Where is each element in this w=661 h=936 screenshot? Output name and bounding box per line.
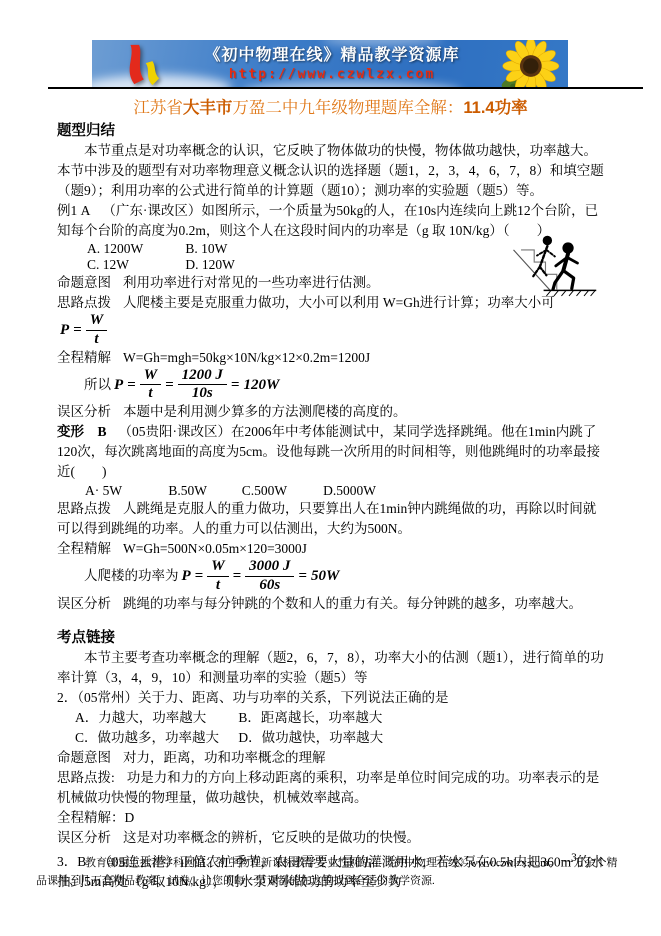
pitfall-label: 误区分析 (57, 596, 111, 611)
fraction-1200J-over-10s: 1200 J10s (178, 368, 227, 403)
math-numerator: 1200 J (178, 368, 227, 386)
math-t: t (216, 577, 220, 594)
footer-note: 教育部重点推荐学科网站、初中物理新课标教学专业性网站---《初中物理在线》www… (36, 854, 628, 890)
runner-solid-figure (553, 242, 577, 289)
option-b: B.50W (168, 482, 238, 499)
math-denominator: 60s (259, 577, 280, 594)
pitfall-label: 误区分析 (57, 404, 111, 419)
math-P: P (114, 375, 123, 395)
hint-text: 功是力和力的方向上移动距离的乘积，功率是单位时间完成的功。功率表示的是机械做功快… (57, 770, 599, 805)
fraction-W-over-t: Wt (86, 313, 107, 348)
math-equals: = (233, 566, 242, 586)
option-a: A· 5W (85, 482, 165, 499)
math-t: t (148, 385, 152, 402)
solution-label: 全程精解 (57, 541, 111, 556)
intent-text: 利用功率进行对常见的一些功率进行估测。 (123, 275, 380, 290)
math-equals: = (231, 375, 240, 395)
site-url-link[interactable]: http://www.czwlzx.com (182, 67, 482, 82)
variant-question: 变形 B（05贵阳·课改区）在2006年中考体能测试中，某同学选择跳绳。他在1m… (57, 422, 606, 482)
title-part-bold: 11.4功率 (463, 99, 527, 117)
section-spacer (57, 614, 606, 628)
formula-lead-text: 人爬楼的功率为 (84, 566, 179, 586)
math-t: t (94, 331, 98, 348)
math-result: 50W (311, 566, 339, 586)
power-formula: P = Wt (60, 313, 107, 348)
q2-hint-line: 思路点拨:功是力和力的方向上移动距离的乘积，功率是单位时间完成的功。功率表示的是… (57, 768, 606, 808)
pitfall-line: 误区分析本题中是利用测少算多的方法测爬楼的高度的。 (57, 402, 606, 422)
option-c: C. 12W (87, 257, 182, 273)
intent-label: 命题意图 (57, 750, 111, 765)
option-c: C．做功越多，功率越大 (75, 728, 235, 748)
variant-pitfall-line: 误区分析跳绳的功率与每分钟跳的个数和人的重力有关。每分钟跳的越多，功率越大。 (57, 594, 606, 614)
option-c: C.500W (242, 482, 320, 499)
site-banner: 《初中物理在线》精品教学资源库 http://www.czwlzx.com (92, 40, 568, 87)
fraction-W-over-t: Wt (207, 559, 228, 594)
math-equals: = (73, 320, 82, 340)
variant-options-row: A· 5W B.50W C.500W D.5000W (57, 482, 606, 499)
hint-label: 思路点拨 (57, 501, 111, 516)
title-part: 江苏省 (133, 99, 183, 117)
q2-solution-line: 全程精解：D (57, 808, 606, 828)
math-P: P (182, 566, 191, 586)
horizontal-divider (48, 87, 643, 89)
math-equals: = (165, 375, 174, 395)
option-b: B. 10W (185, 241, 280, 257)
result-formula-line: 所以 P = Wt = 1200 J10s = 120W (57, 368, 606, 403)
pitfall-text: 跳绳的功率与每分钟跳的个数和人的重力有关。每分钟跳的越多，功率越大。 (123, 596, 582, 611)
intro-paragraph: 本节重点是对功率概念的认识，它反映了物体做功的快慢，物体做功越快，功率越大。本节… (57, 141, 606, 201)
math-P: P (60, 320, 69, 340)
option-b: B．距离越长，功率越大 (238, 710, 382, 725)
pitfall-text: 本题中是利用测少算多的方法测爬楼的高度的。 (123, 404, 407, 419)
math-W: W (140, 368, 161, 386)
page-title: 江苏省大丰市万盈二中九年级物理题库全解：11.4功率 (0, 94, 661, 118)
variant-text: （05贵阳·课改区）在2006年中考体能测试中，某同学选择跳绳。他在1min内跳… (57, 424, 600, 479)
question2-text: 2．（05常州）关于力、距离、功与功率的关系，下列说法正确的是 (57, 688, 606, 708)
question2-options-row2: C．做功越多，功率越大 D．做功越快，功率越大 (57, 728, 606, 748)
exam-links-intro: 本节主要考查功率概念的理解（题2，6，7，8），功率大小的估测（题1），进行简单… (57, 648, 606, 688)
option-d: D. 120W (185, 257, 280, 273)
option-d: D．做功越快，功率越大 (238, 730, 383, 745)
variant-hint-line: 思路点拨人跳绳是克服人的重力做功，只要算出人在1min钟内跳绳做的功，再除以时间… (57, 499, 606, 539)
sunflower-icon (498, 40, 560, 87)
solution-line-1: 全程精解W=Gh=mgh=50kg×10N/kg×12×0.2m=1200J (57, 348, 606, 368)
site-title: 《初中物理在线》精品教学资源库 (182, 42, 482, 65)
intent-text: 对力，距离，功和功率概念的理解 (123, 750, 326, 765)
pitfall-text: 这是对功率概念的辨析，它反映的是做功的快慢。 (123, 830, 420, 845)
pitfall-label: 误区分析 (57, 830, 111, 845)
section-heading-exam-links: 考点链接 (57, 628, 606, 648)
brand-logo-icon (116, 43, 164, 87)
fraction-3000J-over-60s: 3000 J60s (245, 559, 294, 594)
hint-formula-line: P = Wt (57, 313, 606, 348)
work-equation: W=Gh=mgh=50kg×10N/kg×12×0.2m=1200J (123, 350, 370, 365)
hint-text: 人爬楼主要是克服重力做功，大小可以利用 W=Gh进行计算；功率大小可 (123, 295, 555, 310)
title-part: 万盈二中九年级物理题库全解： (232, 99, 463, 117)
document-page: 《初中物理在线》精品教学资源库 http://www.czwlzx.com (0, 0, 661, 936)
variant-solution-line: 全程精解W=Gh=500N×0.05m×120=3000J (57, 539, 606, 559)
q2-pitfall-line: 误区分析这是对功率概念的辨析，它反映的是做功的快慢。 (57, 828, 606, 848)
stairs-climbing-figure (506, 231, 600, 297)
hint-label: 思路点拨: (57, 770, 115, 785)
question2-options-row1: A．力越大，功率越大 B．距离越长，功率越大 (57, 708, 606, 728)
math-numerator: 3000 J (245, 559, 294, 577)
hint-label: 思路点拨 (57, 295, 111, 310)
section-heading-question-types: 题型归结 (57, 121, 606, 141)
hint-text: 人跳绳是克服人的重力做功，只要算出人在1min钟内跳绳做的功，再除以时间就可以得… (57, 501, 596, 536)
math-equals: = (127, 375, 136, 395)
q2-intent-line: 命题意图对力，距离，功和功率概念的理解 (57, 748, 606, 768)
option-a: A．力越大，功率越大 (75, 708, 235, 728)
option-d: D.5000W (323, 483, 376, 498)
work-equation: W=Gh=500N×0.05m×120=3000J (123, 541, 307, 556)
math-W: W (86, 313, 107, 331)
power-calculation: P = Wt = 1200 J10s = 120W (114, 368, 279, 403)
variant-result-formula-line: 人爬楼的功率为 P = Wt = 3000 J60s = 50W (57, 559, 606, 594)
title-part-bold: 大丰市 (183, 99, 233, 117)
example1-label: 例1 A (57, 203, 90, 218)
intent-label: 命题意图 (57, 275, 111, 290)
variant-label: 变形 B (57, 424, 107, 439)
jumper-dashed-figure (533, 236, 555, 276)
math-W: W (207, 559, 228, 577)
math-equals: = (298, 566, 307, 586)
power-calculation: P = Wt = 3000 J60s = 50W (182, 559, 340, 594)
option-a: A. 1200W (87, 241, 182, 257)
math-result: 120W (243, 375, 279, 395)
math-denominator: 10s (192, 385, 213, 402)
banner-text: 《初中物理在线》精品教学资源库 http://www.czwlzx.com (182, 42, 482, 82)
fraction-W-over-t: Wt (140, 368, 161, 403)
solution-label: 全程精解 (57, 350, 111, 365)
math-equals: = (195, 566, 204, 586)
therefore-text: 所以 (84, 375, 111, 395)
